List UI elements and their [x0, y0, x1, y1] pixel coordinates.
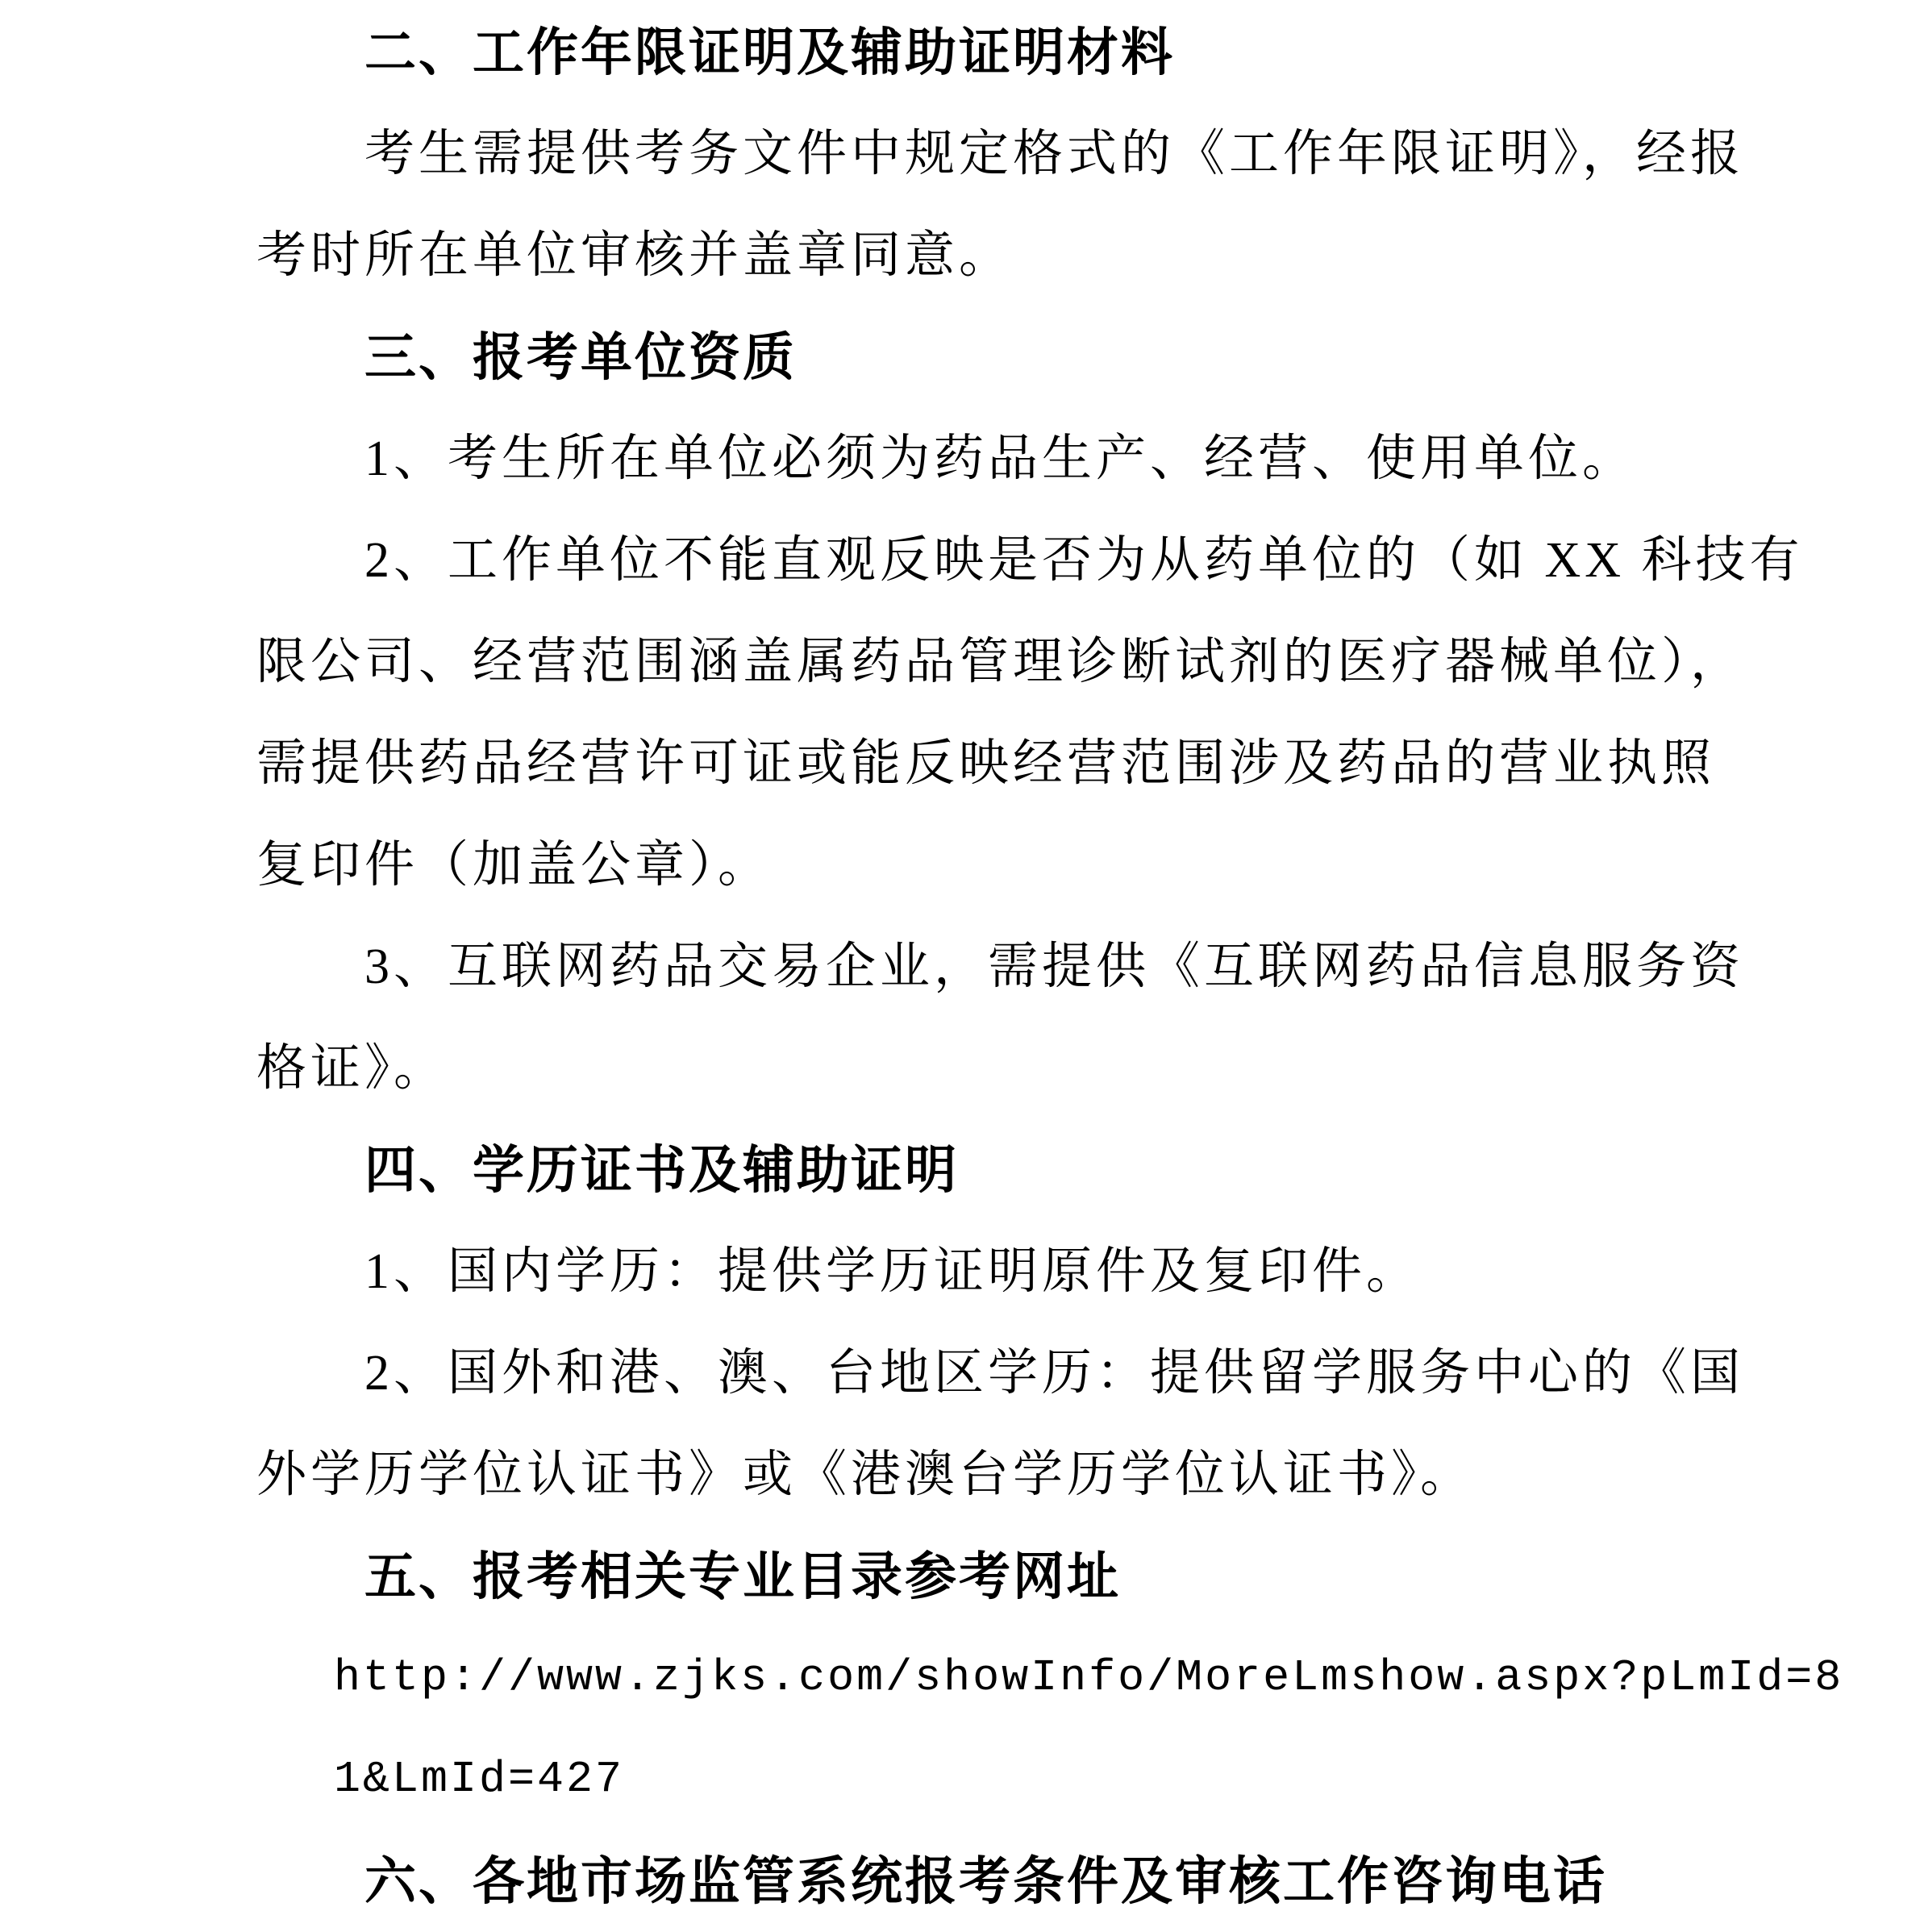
document-page: 二、工作年限证明及辅助证明材料 考生需提供考务文件中规定格式的《工作年限证明》，… — [0, 0, 1920, 1932]
section-heading-4: 四、学历证书及辅助证明 — [256, 1119, 1726, 1221]
list-item-line: 1、考生所在单位必须为药品生产、经营、使用单位。 — [256, 408, 1726, 510]
list-item-line: 1、国内学历：提供学历证明原件及复印件。 — [256, 1221, 1726, 1322]
paragraph-line: 考生需提供考务文件中规定格式的《工作年限证明》，经报 — [256, 103, 1726, 205]
section-heading-2: 二、工作年限证明及辅助证明材料 — [256, 2, 1726, 103]
list-item-line: 3、互联网药品交易企业，需提供《互联网药品信息服务资 — [256, 916, 1726, 1018]
paragraph-line: 限公司、经营范围涵盖属药品管理诊断试剂的医疗器械单位）， — [256, 611, 1726, 713]
list-item-line: 2、国外和港、澳、台地区学历：提供留学服务中心的《国 — [256, 1322, 1726, 1424]
url-text: http://www.zjks.com/showInfo/MoreLmshow.… — [256, 1627, 1726, 1729]
paragraph-line: 需提供药品经营许可证或能反映经营范围涉及药品的营业执照 — [256, 713, 1726, 814]
url-text: 1&LmId=427 — [256, 1729, 1726, 1830]
paragraph-line: 考时所在单位审核并盖章同意。 — [256, 205, 1726, 306]
paragraph-line: 外学历学位认证书》或《港澳台学历学位认证书》。 — [256, 1424, 1726, 1526]
section-heading-6: 六、各地市场监管系统报考条件及审核工作咨询电话 — [256, 1830, 1726, 1932]
paragraph-line: 格证》。 — [256, 1018, 1726, 1119]
paragraph-line: 复印件（加盖公章）。 — [256, 814, 1726, 916]
list-item-line: 2、工作单位不能直观反映是否为从药单位的（如 XX 科技有 — [256, 510, 1726, 611]
section-heading-3: 三、报考单位资质 — [256, 306, 1726, 408]
section-heading-5: 五、报考相关专业目录参考网址 — [256, 1526, 1726, 1627]
